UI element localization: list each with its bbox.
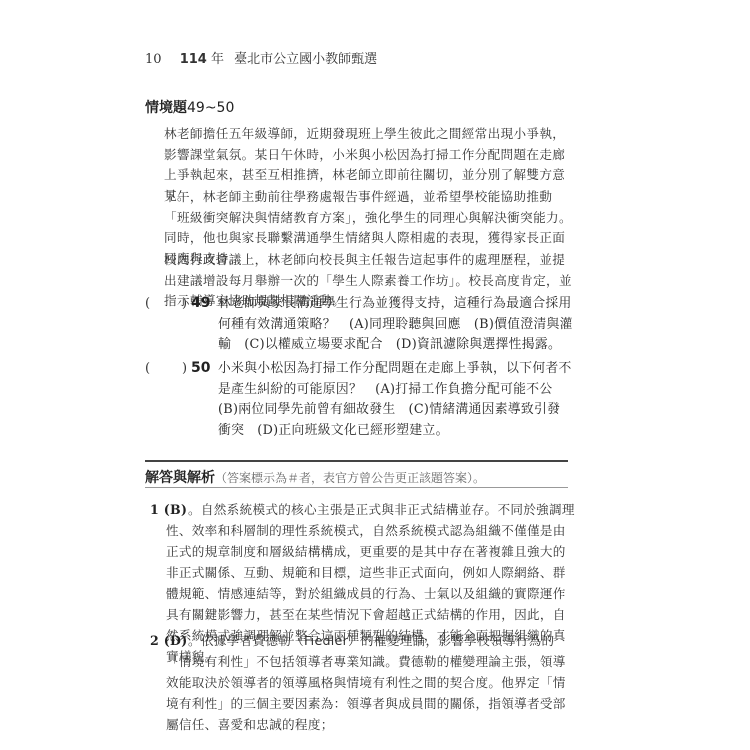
- running-head: 10 114 年 臺北市公立國小教師甄選: [145, 48, 377, 67]
- answer-choice: (D): [164, 633, 188, 648]
- question-text: 林老師與家長溝通學生行為並獲得支持，這種行為最適合採用何種有效溝通策略？ (A)…: [218, 294, 573, 356]
- answer-number: 1: [150, 502, 159, 517]
- section-title: 情境題49~50: [145, 97, 234, 117]
- book-page: 10 114 年 臺北市公立國小教師甄選 情境題49~50 林老師擔任五年級導師…: [0, 0, 750, 750]
- page-number: 10: [145, 52, 162, 67]
- answer-lead: 1 (B): [150, 499, 187, 520]
- divider-bottom: [145, 487, 568, 488]
- section-title-text: 情境題: [145, 100, 187, 116]
- answer-number: 2: [150, 633, 159, 648]
- book-title: 臺北市公立國小教師甄選: [234, 52, 377, 67]
- answer-blank-open: (: [145, 294, 150, 315]
- exam-year: 114: [180, 52, 207, 67]
- answer-blank-open: (: [145, 359, 150, 380]
- answer-blank-close: ): [182, 359, 187, 380]
- question-number: 50: [191, 358, 210, 379]
- question-text: 小米與小松因為打掃工作分配問題在走廊上爭執，以下何者不是產生糾紛的可能原因？ (…: [218, 359, 573, 441]
- divider-top: [145, 460, 568, 462]
- question-number: 49: [191, 293, 210, 314]
- section-range: 49~50: [187, 100, 234, 116]
- answer-explanation: 。依據學者費德勒（Fiedler）的權變理論，影響學校領導行為的「情境有利性」不…: [150, 630, 575, 735]
- answers-header: 解答與解析（答案標示為＃者，表官方曾公告更正該題答案）。: [145, 467, 485, 487]
- answer-lead: 2 (D): [150, 630, 188, 651]
- answers-note: （答案標示為＃者，表官方曾公告更正該題答案）。: [215, 471, 485, 485]
- answers-title: 解答與解析: [145, 470, 215, 486]
- answer-choice: (B): [164, 502, 187, 517]
- exam-year-suffix: 年: [211, 52, 224, 67]
- answer-blank-close: ): [182, 294, 187, 315]
- answer-item-2: 2 (D) 。依據學者費德勒（Fiedler）的權變理論，影響學校領導行為的「情…: [150, 630, 575, 735]
